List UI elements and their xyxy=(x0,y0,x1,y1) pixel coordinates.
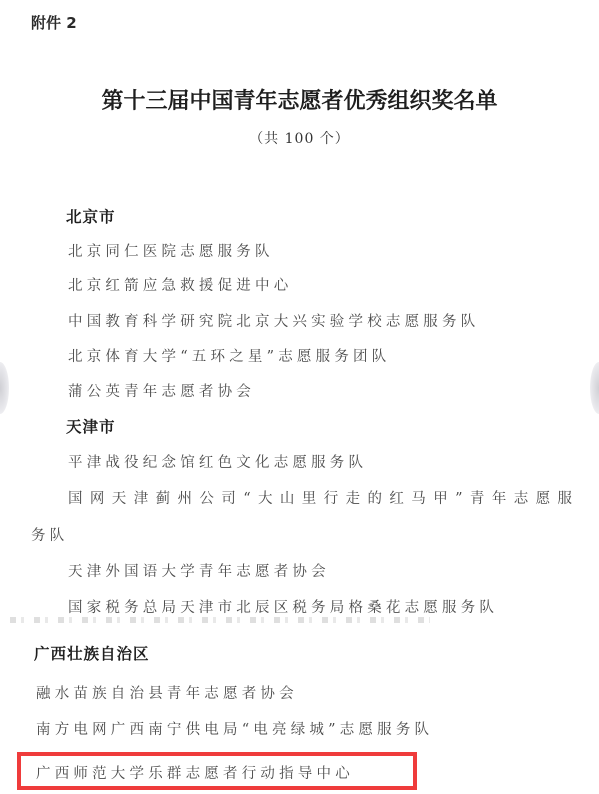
region-heading-guangxi: 广西壮族自治区 xyxy=(34,642,150,664)
list-item: 中国教育科学研究院北京大兴实验学校志愿服务队 xyxy=(68,310,479,331)
list-item: 北京同仁医院志愿服务队 xyxy=(68,240,274,261)
list-item: 国网天津蓟州公司“大山里行走的红马甲”青年志愿服 xyxy=(68,487,579,508)
list-item: 北京体育大学“五环之星”志愿服务团队 xyxy=(68,345,390,366)
list-item: 北京红箭应急救援促进中心 xyxy=(68,274,292,295)
list-item-continuation: 务队 xyxy=(31,524,68,545)
region-heading-beijing: 北京市 xyxy=(66,205,116,227)
attachment-label: 附件 2 xyxy=(31,12,77,33)
region-heading-tianjin: 天津市 xyxy=(66,415,116,437)
chevron-left-icon[interactable] xyxy=(0,362,9,414)
page-cut-line xyxy=(10,617,430,623)
list-item: 国家税务总局天津市北辰区税务局格桑花志愿服务队 xyxy=(68,596,498,617)
list-item: 蒲公英青年志愿者协会 xyxy=(68,380,255,401)
chevron-right-icon[interactable] xyxy=(590,362,599,414)
list-item: 天津外国语大学青年志愿者协会 xyxy=(68,560,330,581)
list-item: 融水苗族自治县青年志愿者协会 xyxy=(36,682,298,703)
list-item: 平津战役纪念馆红色文化志愿服务队 xyxy=(68,451,367,472)
page-subtitle: （共 100 个） xyxy=(0,128,599,148)
page-title: 第十三届中国青年志愿者优秀组织奖名单 xyxy=(0,84,599,115)
highlighted-list-item: 广西师范大学乐群志愿者行动指导中心 xyxy=(36,762,354,783)
list-item: 南方电网广西南宁供电局“电亮绿城”志愿服务队 xyxy=(36,718,433,739)
